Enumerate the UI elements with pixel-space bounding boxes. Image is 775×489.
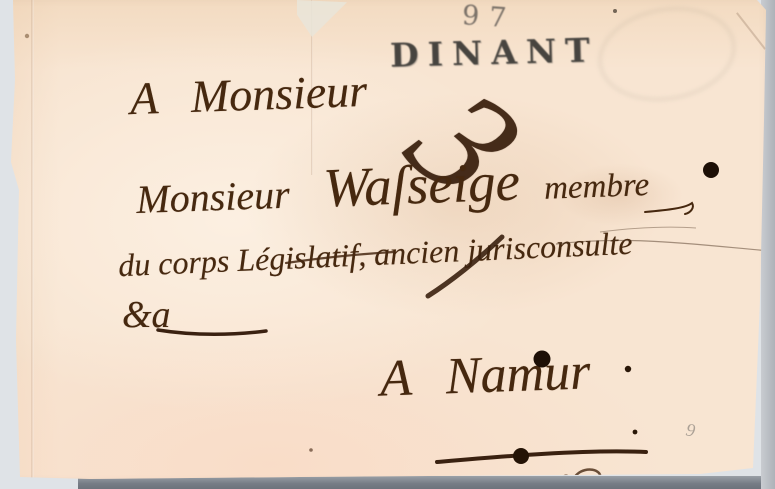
addressee-name: Waſseige bbox=[322, 154, 520, 216]
address-salutation: Monsieur bbox=[136, 175, 291, 220]
destination-city: A Namur bbox=[379, 346, 591, 405]
ink-dot-small bbox=[625, 366, 631, 372]
letter-sheet: 97 DINANT 3 A Monsieur Monsieur Waſseige… bbox=[0, 0, 775, 489]
ink-dot-large-right bbox=[703, 162, 719, 178]
ink-speck-4 bbox=[309, 448, 313, 452]
etcetera-dash bbox=[158, 330, 266, 334]
paper-flap bbox=[297, 0, 347, 37]
address-line-3: du corps Législatif, ancien jurisconsult… bbox=[118, 227, 634, 281]
pencil-annotation: 9 bbox=[684, 419, 697, 441]
ink-speck-1 bbox=[633, 430, 638, 435]
membre-tail-stroke bbox=[645, 203, 693, 214]
ink-speck-3 bbox=[25, 34, 29, 38]
address-line-2: Monsieur Waſseige membre bbox=[135, 149, 650, 222]
underline-flourish bbox=[437, 451, 646, 462]
fold-crease-corner bbox=[736, 12, 766, 49]
address-etcetera: &a bbox=[122, 296, 171, 334]
letter-scan: 97 DINANT 3 A Monsieur Monsieur Waſseige… bbox=[0, 0, 775, 489]
ink-blob bbox=[513, 448, 529, 464]
postmark-number: 97 bbox=[461, 0, 517, 35]
ink-speck-2 bbox=[613, 9, 617, 13]
faint-postmark-trace bbox=[591, 0, 743, 111]
addressee-role: membre bbox=[544, 169, 650, 206]
fold-crease-left bbox=[31, 0, 34, 478]
address-line-1: A Monsieur bbox=[129, 68, 368, 122]
